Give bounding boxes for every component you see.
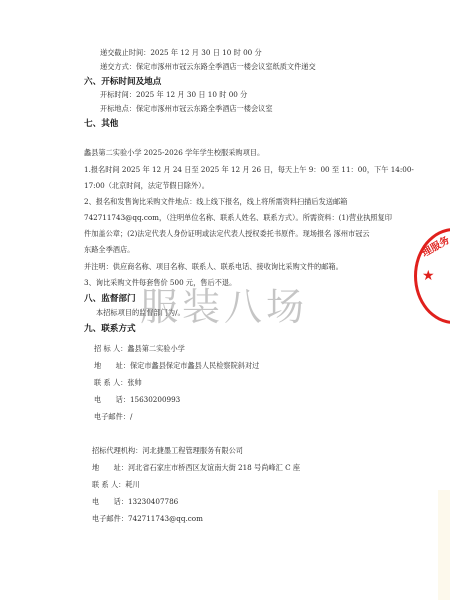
project-name: 蠡县第二实验小学 2025-2026 学年学生校服采购项目。	[84, 148, 264, 157]
section-heading-contact: 九、联系方式	[84, 322, 136, 334]
document-page: 递交截止时间：2025 年 12 月 30 日 10 时 00 分 递交方式：保…	[0, 0, 450, 600]
registration-place-line2: 742711743@qq.com，（注明单位名称、联系人姓名、联系方式）。所需资…	[84, 213, 392, 222]
buyer-contact: 联 系 人：张帅	[94, 378, 142, 387]
agency-address: 地 址：河北省石家庄市桥西区友谊南大街 218 号尚峰汇 C 座	[92, 463, 300, 472]
registration-time-line2: 17:00（北京时间，法定节假日除外）。	[84, 181, 209, 190]
section-heading-supervision: 八、监督部门	[84, 292, 136, 304]
paper-edge	[438, 490, 450, 600]
buyer-phone: 电 话：15630200993	[94, 395, 180, 404]
agency-phone: 电 话：13230407786	[92, 497, 178, 506]
registration-place-line4: 东路全季酒店。	[84, 245, 134, 254]
buyer-address: 地 址：保定市蠡县保定市蠡县人民检察院斜对过	[94, 361, 259, 370]
submission-method: 递交方式：保定市涿州市冠云东路全季酒店一楼会议室纸质文件递交	[100, 62, 316, 71]
section-heading-other: 七、其他	[84, 117, 118, 129]
buyer-email: 电子邮件：/	[94, 412, 132, 421]
buyer-name: 招 标 人：蠡县第二实验小学	[94, 344, 185, 353]
registration-note: 并注明：供应商名称、项目名称、联系人、联系电话、接收询比采购文件的邮箱。	[84, 262, 343, 271]
official-seal: 理服务 ★	[414, 228, 450, 324]
submission-deadline: 递交截止时间：2025 年 12 月 30 日 10 时 00 分	[100, 48, 262, 57]
agency-name: 招标代理机构：河北捷墨工程管理服务有限公司	[92, 446, 243, 455]
seal-star-icon: ★	[422, 268, 435, 284]
registration-time-line1: 1.报名时间 2025 年 12 月 24 日至 2025 年 12 月 26 …	[84, 165, 414, 174]
registration-place-line3: 件加盖公章；(2)法定代表人身份证明或法定代表人授权委托书原件。现场报名 涿州市…	[84, 229, 370, 238]
opening-time: 开标时间：2025 年 12 月 30 日 10 时 00 分	[100, 90, 247, 99]
agency-contact: 联 系 人：耗川	[92, 480, 140, 489]
section-heading-opening: 六、开标时间及地点	[84, 75, 161, 87]
opening-place: 开标地点：保定市涿州市冠云东路全季酒店一楼会议室	[100, 104, 273, 113]
registration-place-line1: 2、报名和发售询比采购文件地点：线上线下报名，线上将所需资料扫描后发送邮箱	[84, 197, 347, 206]
watermark: 服装八场	[140, 276, 308, 331]
agency-email: 电子邮件：742711743@qq.com	[92, 514, 203, 523]
